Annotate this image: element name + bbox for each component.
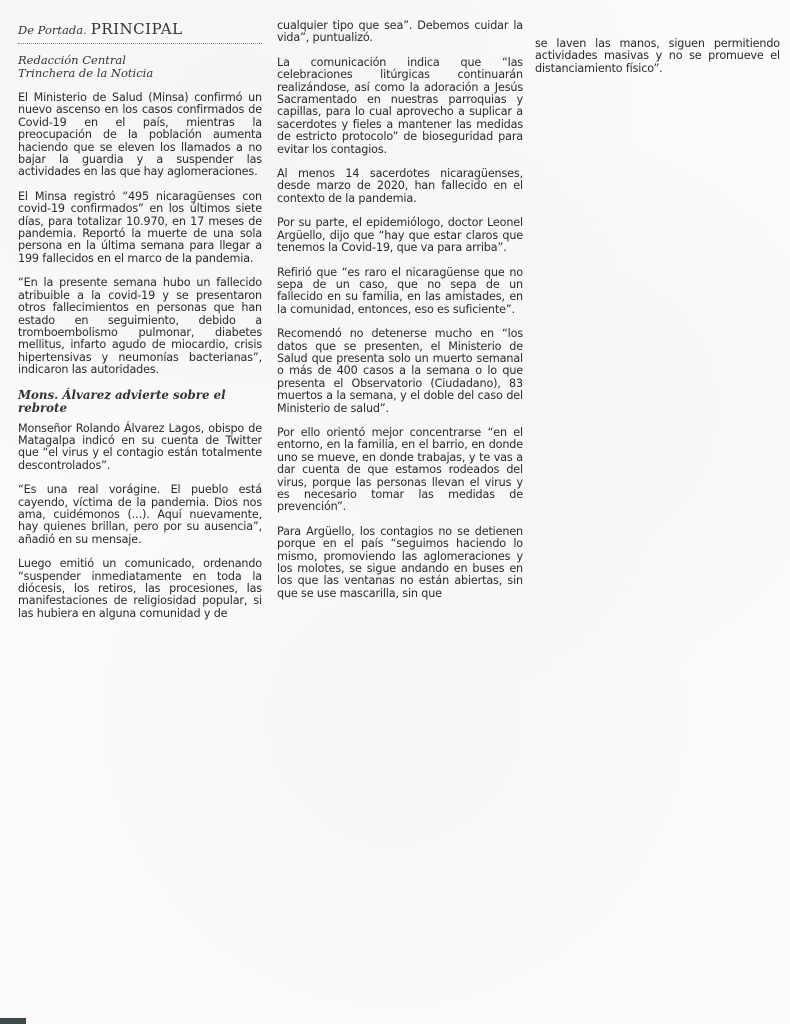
header-divider xyxy=(18,43,262,44)
paragraph: “Es una real vorágine. El pueblo está ca… xyxy=(18,484,262,546)
paragraph: se laven las manos, siguen permitiendo a… xyxy=(535,38,780,75)
section-kicker: De Portada. xyxy=(18,23,87,37)
article-column-1: De Portada. PRINCIPAL Redacción Central … xyxy=(18,0,262,632)
paragraph: Monseñor Rolando Álvarez Lagos, obispo d… xyxy=(18,423,262,473)
paragraph: La comunicación indica que “las celebrac… xyxy=(277,57,523,156)
subheading: Mons. Álvarez advierte sobre el rebrote xyxy=(18,389,262,415)
paragraph: Luego emitió un comunicado, ordenando “s… xyxy=(18,558,262,620)
article-column-3: se laven las manos, siguen permitiendo a… xyxy=(535,0,780,87)
article-column-2: cualquier tipo que sea”. Debemos cuidar … xyxy=(277,0,523,612)
paragraph: El Ministerio de Salud (Minsa) confirmó … xyxy=(18,92,262,179)
paragraph: Al menos 14 sacerdotes nicaragüenses, de… xyxy=(277,168,523,205)
byline-line-2: Trinchera de la Noticia xyxy=(18,67,262,80)
paragraph: Por ello orientó mejor concentrarse “en … xyxy=(277,427,523,514)
paragraph: Para Argüello, los contagios no se detie… xyxy=(277,526,523,600)
scan-edge-mark xyxy=(0,1018,26,1024)
paragraph: “En la presente semana hubo un fallecido… xyxy=(18,277,262,376)
paragraph: Refirió que “es raro el nicaragüense que… xyxy=(277,267,523,317)
byline: Redacción Central Trinchera de la Notici… xyxy=(18,54,262,80)
paragraph: cualquier tipo que sea”. Debemos cuidar … xyxy=(277,20,523,45)
section-header: De Portada. PRINCIPAL xyxy=(18,20,262,38)
paragraph: Recomendó no detenerse mucho en “los dat… xyxy=(277,328,523,415)
section-title: PRINCIPAL xyxy=(91,20,183,38)
paragraph: Por su parte, el epidemiólogo, doctor Le… xyxy=(277,217,523,254)
paragraph: El Minsa registró “495 nicaragüenses con… xyxy=(18,191,262,265)
